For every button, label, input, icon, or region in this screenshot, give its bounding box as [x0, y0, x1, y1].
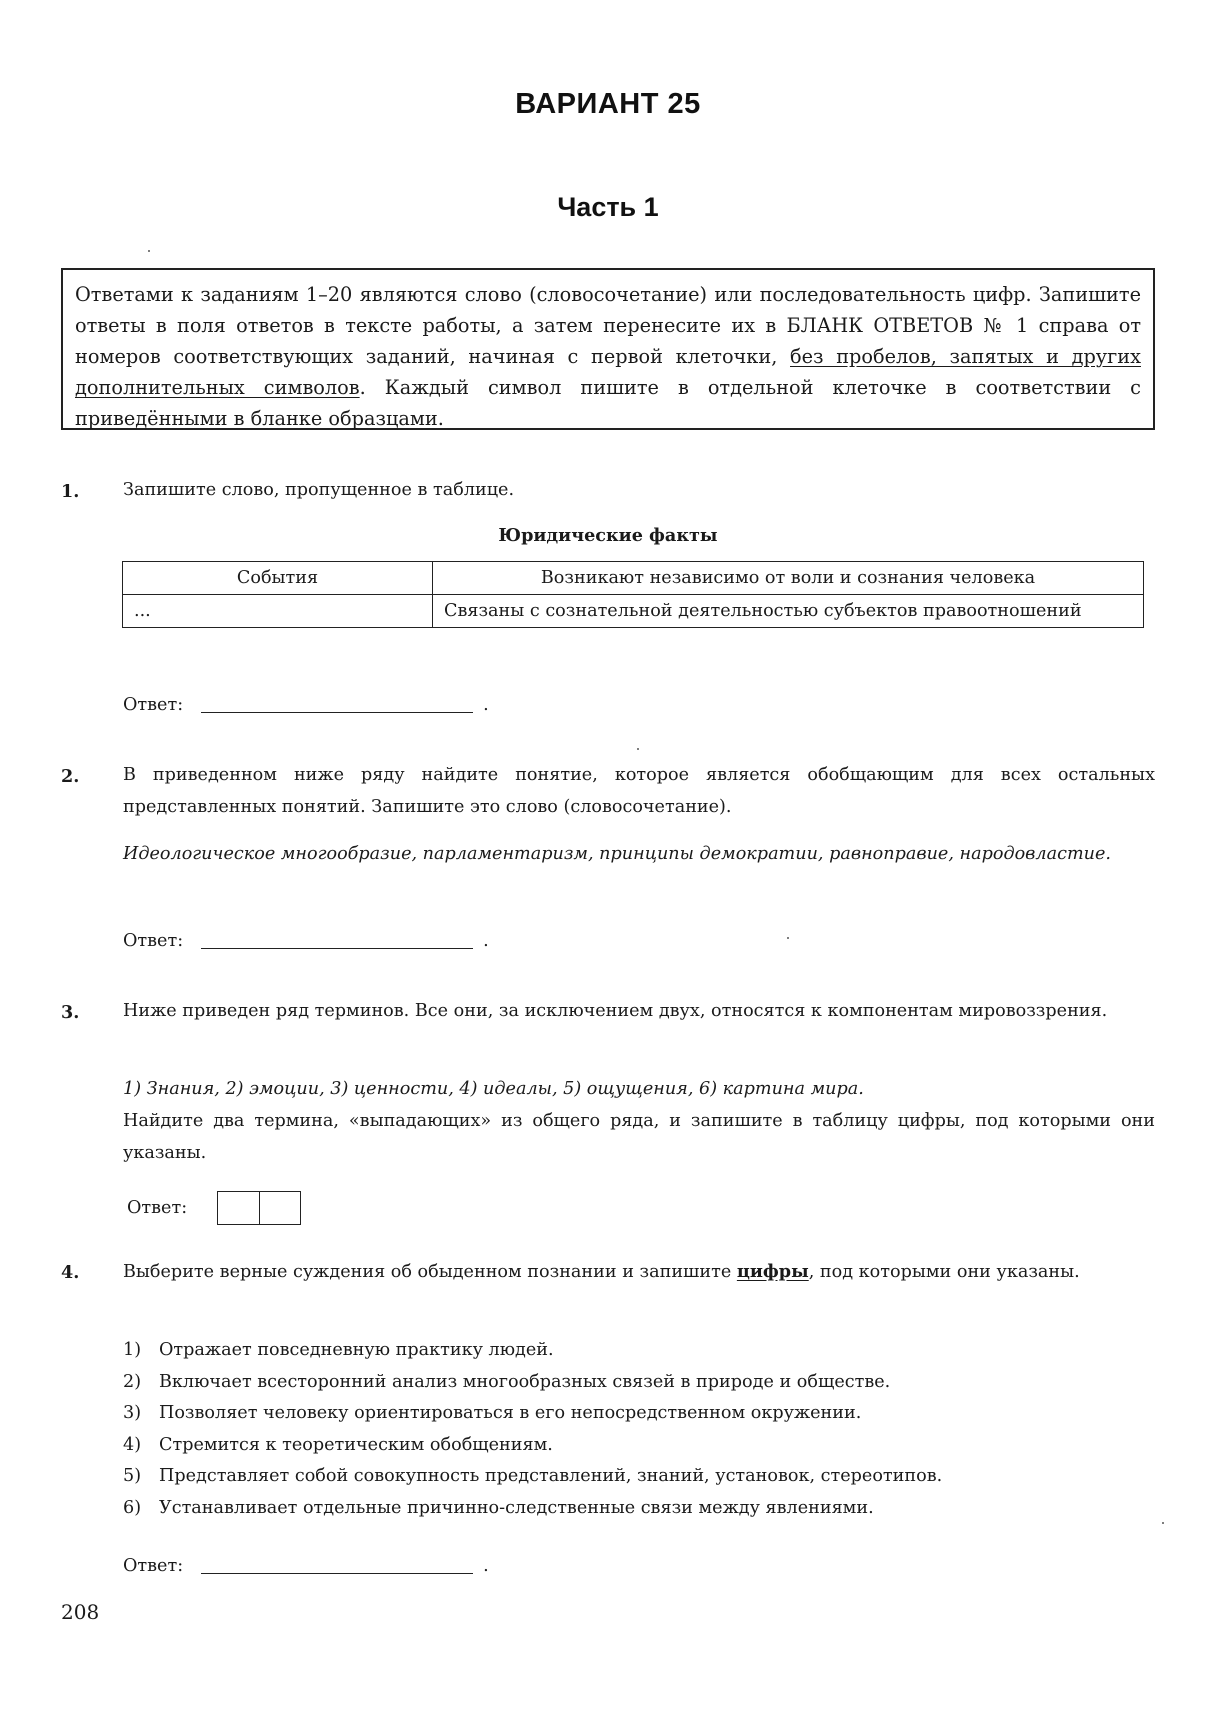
answer-field[interactable]	[201, 932, 473, 949]
instructions-box: Ответами к заданиям 1–20 являются слово …	[61, 268, 1155, 430]
answer-label: Ответ:	[127, 1198, 187, 1218]
answer-cell-2[interactable]	[259, 1192, 300, 1224]
option-number: 1)	[123, 1335, 159, 1367]
answer-dot: .	[483, 695, 489, 715]
variant-title: ВАРИАНТ 25	[0, 88, 1216, 121]
answer-1: Ответ:.	[123, 695, 489, 715]
answer-cell-1[interactable]	[218, 1192, 259, 1224]
task-number: 2.	[61, 766, 79, 787]
answer-2: Ответ:.	[123, 931, 489, 951]
option-number: 4)	[123, 1430, 159, 1462]
table-cell: События	[123, 562, 433, 595]
table-row: ... Связаны с сознательной деятельностью…	[123, 595, 1144, 628]
task-text: В приведенном ниже ряду найдите понятие,…	[123, 760, 1155, 823]
list-item: 6)Устанавливает отдельные причинно-следс…	[123, 1493, 942, 1525]
part-title: Часть 1	[0, 192, 1216, 223]
task-number: 1.	[61, 481, 79, 502]
answer-dot: .	[483, 1556, 489, 1576]
option-text: Отражает повседневную практику людей.	[159, 1340, 554, 1360]
option-text: Стремится к теоретическим обобщениям.	[159, 1435, 553, 1455]
list-item: 1)Отражает повседневную практику людей.	[123, 1335, 942, 1367]
table-cell-missing: ...	[123, 595, 433, 628]
list-item: 2)Включает всесторонний анализ многообра…	[123, 1367, 942, 1399]
answer-3: Ответ:	[127, 1191, 301, 1225]
answer-dot: .	[483, 931, 489, 951]
option-number: 3)	[123, 1398, 159, 1430]
table-row: События Возникают независимо от воли и с…	[123, 562, 1144, 595]
table-cell: Связаны с сознательной деятельностью суб…	[433, 595, 1144, 628]
table-caption: Юридические факты	[0, 525, 1216, 546]
task-text-emphasis: цифры	[737, 1261, 809, 1282]
option-text: Включает всесторонний анализ многообразн…	[159, 1372, 890, 1392]
facts-table: События Возникают независимо от воли и с…	[122, 561, 1144, 628]
options-list: 1)Отражает повседневную практику людей. …	[123, 1335, 942, 1524]
option-text: Представляет собой совокупность представ…	[159, 1466, 942, 1486]
option-number: 2)	[123, 1367, 159, 1399]
task-text: Выберите верные суждения об обыденном по…	[123, 1256, 1155, 1289]
answer-field[interactable]	[201, 1557, 473, 1574]
answer-label: Ответ:	[123, 931, 183, 951]
answer-field[interactable]	[201, 696, 473, 713]
task-instruction: Найдите два термина, «выпадающих» из общ…	[123, 1106, 1155, 1169]
concept-list: Идеологическое многообразие, парламентар…	[123, 839, 1155, 871]
list-item: 5)Представляет собой совокупность предст…	[123, 1461, 942, 1493]
page-number: 208	[61, 1600, 99, 1624]
list-item: 4)Стремится к теоретическим обобщениям.	[123, 1430, 942, 1462]
answer-label: Ответ:	[123, 695, 183, 715]
task-text: Запишите слово, пропущенное в таблице.	[123, 475, 1155, 507]
option-text: Устанавливает отдельные причинно-следств…	[159, 1498, 874, 1518]
task-text: Ниже приведен ряд терминов. Все они, за …	[123, 996, 1155, 1028]
task-number: 3.	[61, 1002, 79, 1023]
answer-label: Ответ:	[123, 1556, 183, 1576]
list-item: 3)Позволяет человеку ориентироваться в е…	[123, 1398, 942, 1430]
option-text: Позволяет человеку ориентироваться в его…	[159, 1403, 861, 1423]
option-number: 6)	[123, 1493, 159, 1525]
task-text-start: Выберите верные суждения об обыденном по…	[123, 1262, 737, 1282]
table-cell: Возникают независимо от воли и сознания …	[433, 562, 1144, 595]
answer-boxes	[217, 1191, 301, 1225]
scan-speck	[787, 937, 789, 939]
scan-speck	[148, 250, 150, 252]
scan-speck	[637, 748, 639, 750]
terms-list: 1) Знания, 2) эмоции, 3) ценности, 4) ид…	[123, 1074, 1155, 1106]
scan-speck	[1162, 1522, 1164, 1524]
task-text-end: , под которыми они ука­заны.	[809, 1262, 1080, 1282]
option-number: 5)	[123, 1461, 159, 1493]
task-number: 4.	[61, 1262, 79, 1283]
answer-4: Ответ:.	[123, 1556, 489, 1576]
